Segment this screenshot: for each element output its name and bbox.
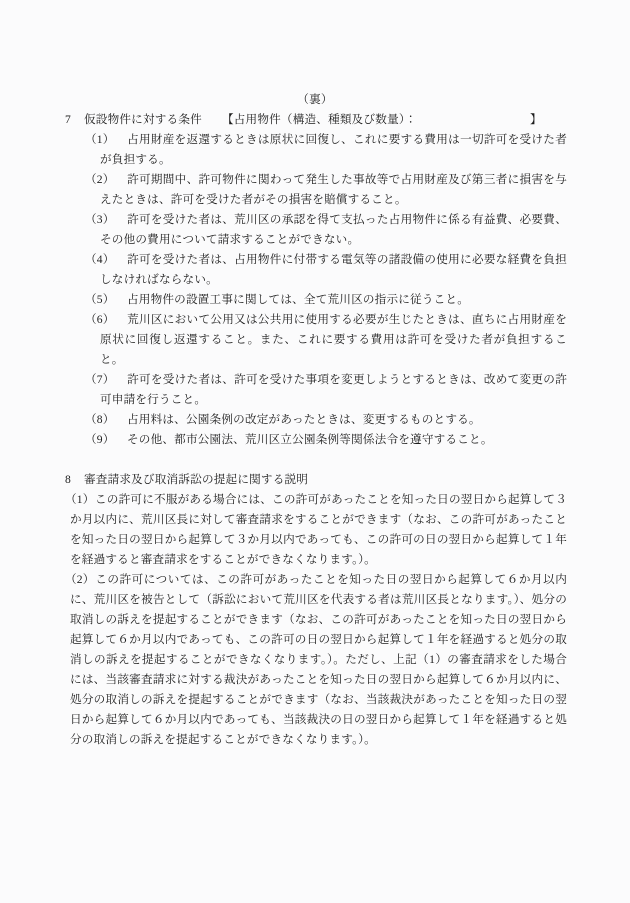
section7-item-3: （3）許可を受けた者は、荒川区の承認を得て支払った占用物件に係る有益費、必要費、…: [63, 210, 567, 250]
document-content: （裏） 7仮設物件に対する条件【占用物件（構造、種類及び数量）： 】 （1）占用…: [63, 90, 567, 750]
item-number: （5）: [85, 290, 127, 310]
item-number: （7）: [85, 370, 127, 390]
item-text: 荒川区において公用又は公共用に使用する必要が生じたときは、直ちに占用財産を原状に…: [100, 313, 567, 366]
section8-number: 8: [65, 470, 71, 490]
section7-number: 7: [65, 110, 71, 130]
item-number: （4）: [85, 250, 127, 270]
item-number: （9）: [85, 430, 127, 450]
section7-item-7: （7）許可を受けた者は、許可を受けた事項を変更しようとするときは、改めて変更の許…: [63, 370, 567, 410]
occupancy-bracket-close: 】: [530, 110, 542, 130]
section7-item-4: （4）許可を受けた者は、占用物件に付帯する電気等の諸設備の使用に必要な経費を負担…: [63, 250, 567, 290]
occupancy-object-label: 【占用物件（構造、種類及び数量）：: [222, 110, 417, 130]
section8-item-1: （1）この許可に不服がある場合には、この許可があったことを知った日の翌日から起算…: [63, 490, 567, 570]
item-text: 許可期間中、許可物件に関わって発生した事故等で占用財産及び第三者に損害を与えたと…: [100, 173, 567, 206]
section7-item-2: （2）許可期間中、許可物件に関わって発生した事故等で占用財産及び第三者に損害を与…: [63, 170, 567, 210]
item-text: 占用料は、公園条例の改定があったときは、変更するものとする。: [127, 413, 481, 426]
item-text: 許可を受けた者は、占用物件に付帯する電気等の諸設備の使用に必要な経費を負担しなけ…: [100, 253, 567, 286]
section8-item-2: （2）この許可については、この許可があったことを知った日の翌日から起算して６か月…: [63, 570, 567, 750]
section7-item-8: （8）占用料は、公園条例の改定があったときは、変更するものとする。: [63, 410, 567, 430]
section7-item-1: （1）占用財産を返還するときは原状に回復し、これに要する費用は一切許可を受けた者…: [63, 130, 567, 170]
section8-title: 審査請求及び取消訴訟の提起に関する説明: [84, 470, 308, 490]
section7-item-9: （9）その他、都市公園法、荒川区立公園条例等関係法令を遵守すること。: [63, 430, 567, 450]
section7-title: 仮設物件に対する条件: [84, 110, 202, 130]
item-number: （3）: [85, 210, 127, 230]
section7-item-5: （5）占用物件の設置工事に関しては、全て荒川区の指示に従うこと。: [63, 290, 567, 310]
item-text: 許可を受けた者は、許可を受けた事項を変更しようとするときは、改めて変更の許可申請…: [100, 373, 567, 406]
item-number: （1）: [85, 130, 127, 150]
item-text: 占用物件の設置工事に関しては、全て荒川区の指示に従うこと。: [127, 293, 469, 306]
item-text: 占用財産を返還するときは原状に回復し、これに要する費用は一切許可を受けた者が負担…: [100, 133, 567, 166]
item-number: （2）: [65, 570, 95, 590]
item-number: （8）: [85, 410, 127, 430]
item-number: （6）: [85, 310, 127, 330]
section8-heading: 8審査請求及び取消訴訟の提起に関する説明: [63, 470, 567, 490]
item-text: その他、都市公園法、荒川区立公園条例等関係法令を遵守すること。: [127, 433, 493, 446]
page-side-label: （裏）: [63, 90, 567, 110]
section8: 8審査請求及び取消訴訟の提起に関する説明 （1）この許可に不服がある場合には、こ…: [63, 470, 567, 750]
item-number: （2）: [85, 170, 127, 190]
item-text: 許可を受けた者は、荒川区の承認を得て支払った占用物件に係る有益費、必要費、その他…: [100, 213, 567, 246]
section7-heading: 7仮設物件に対する条件【占用物件（構造、種類及び数量）： 】: [63, 110, 567, 130]
section7-item-6: （6）荒川区において公用又は公共用に使用する必要が生じたときは、直ちに占用財産を…: [63, 310, 567, 370]
item-text: この許可に不服がある場合には、この許可があったことを知った日の翌日から起算して３…: [70, 493, 567, 566]
document-page: （裏） 7仮設物件に対する条件【占用物件（構造、種類及び数量）： 】 （1）占用…: [0, 0, 630, 903]
item-text: この許可については、この許可があったことを知った日の翌日から起算して６か月以内に…: [70, 573, 567, 746]
item-number: （1）: [65, 490, 95, 510]
